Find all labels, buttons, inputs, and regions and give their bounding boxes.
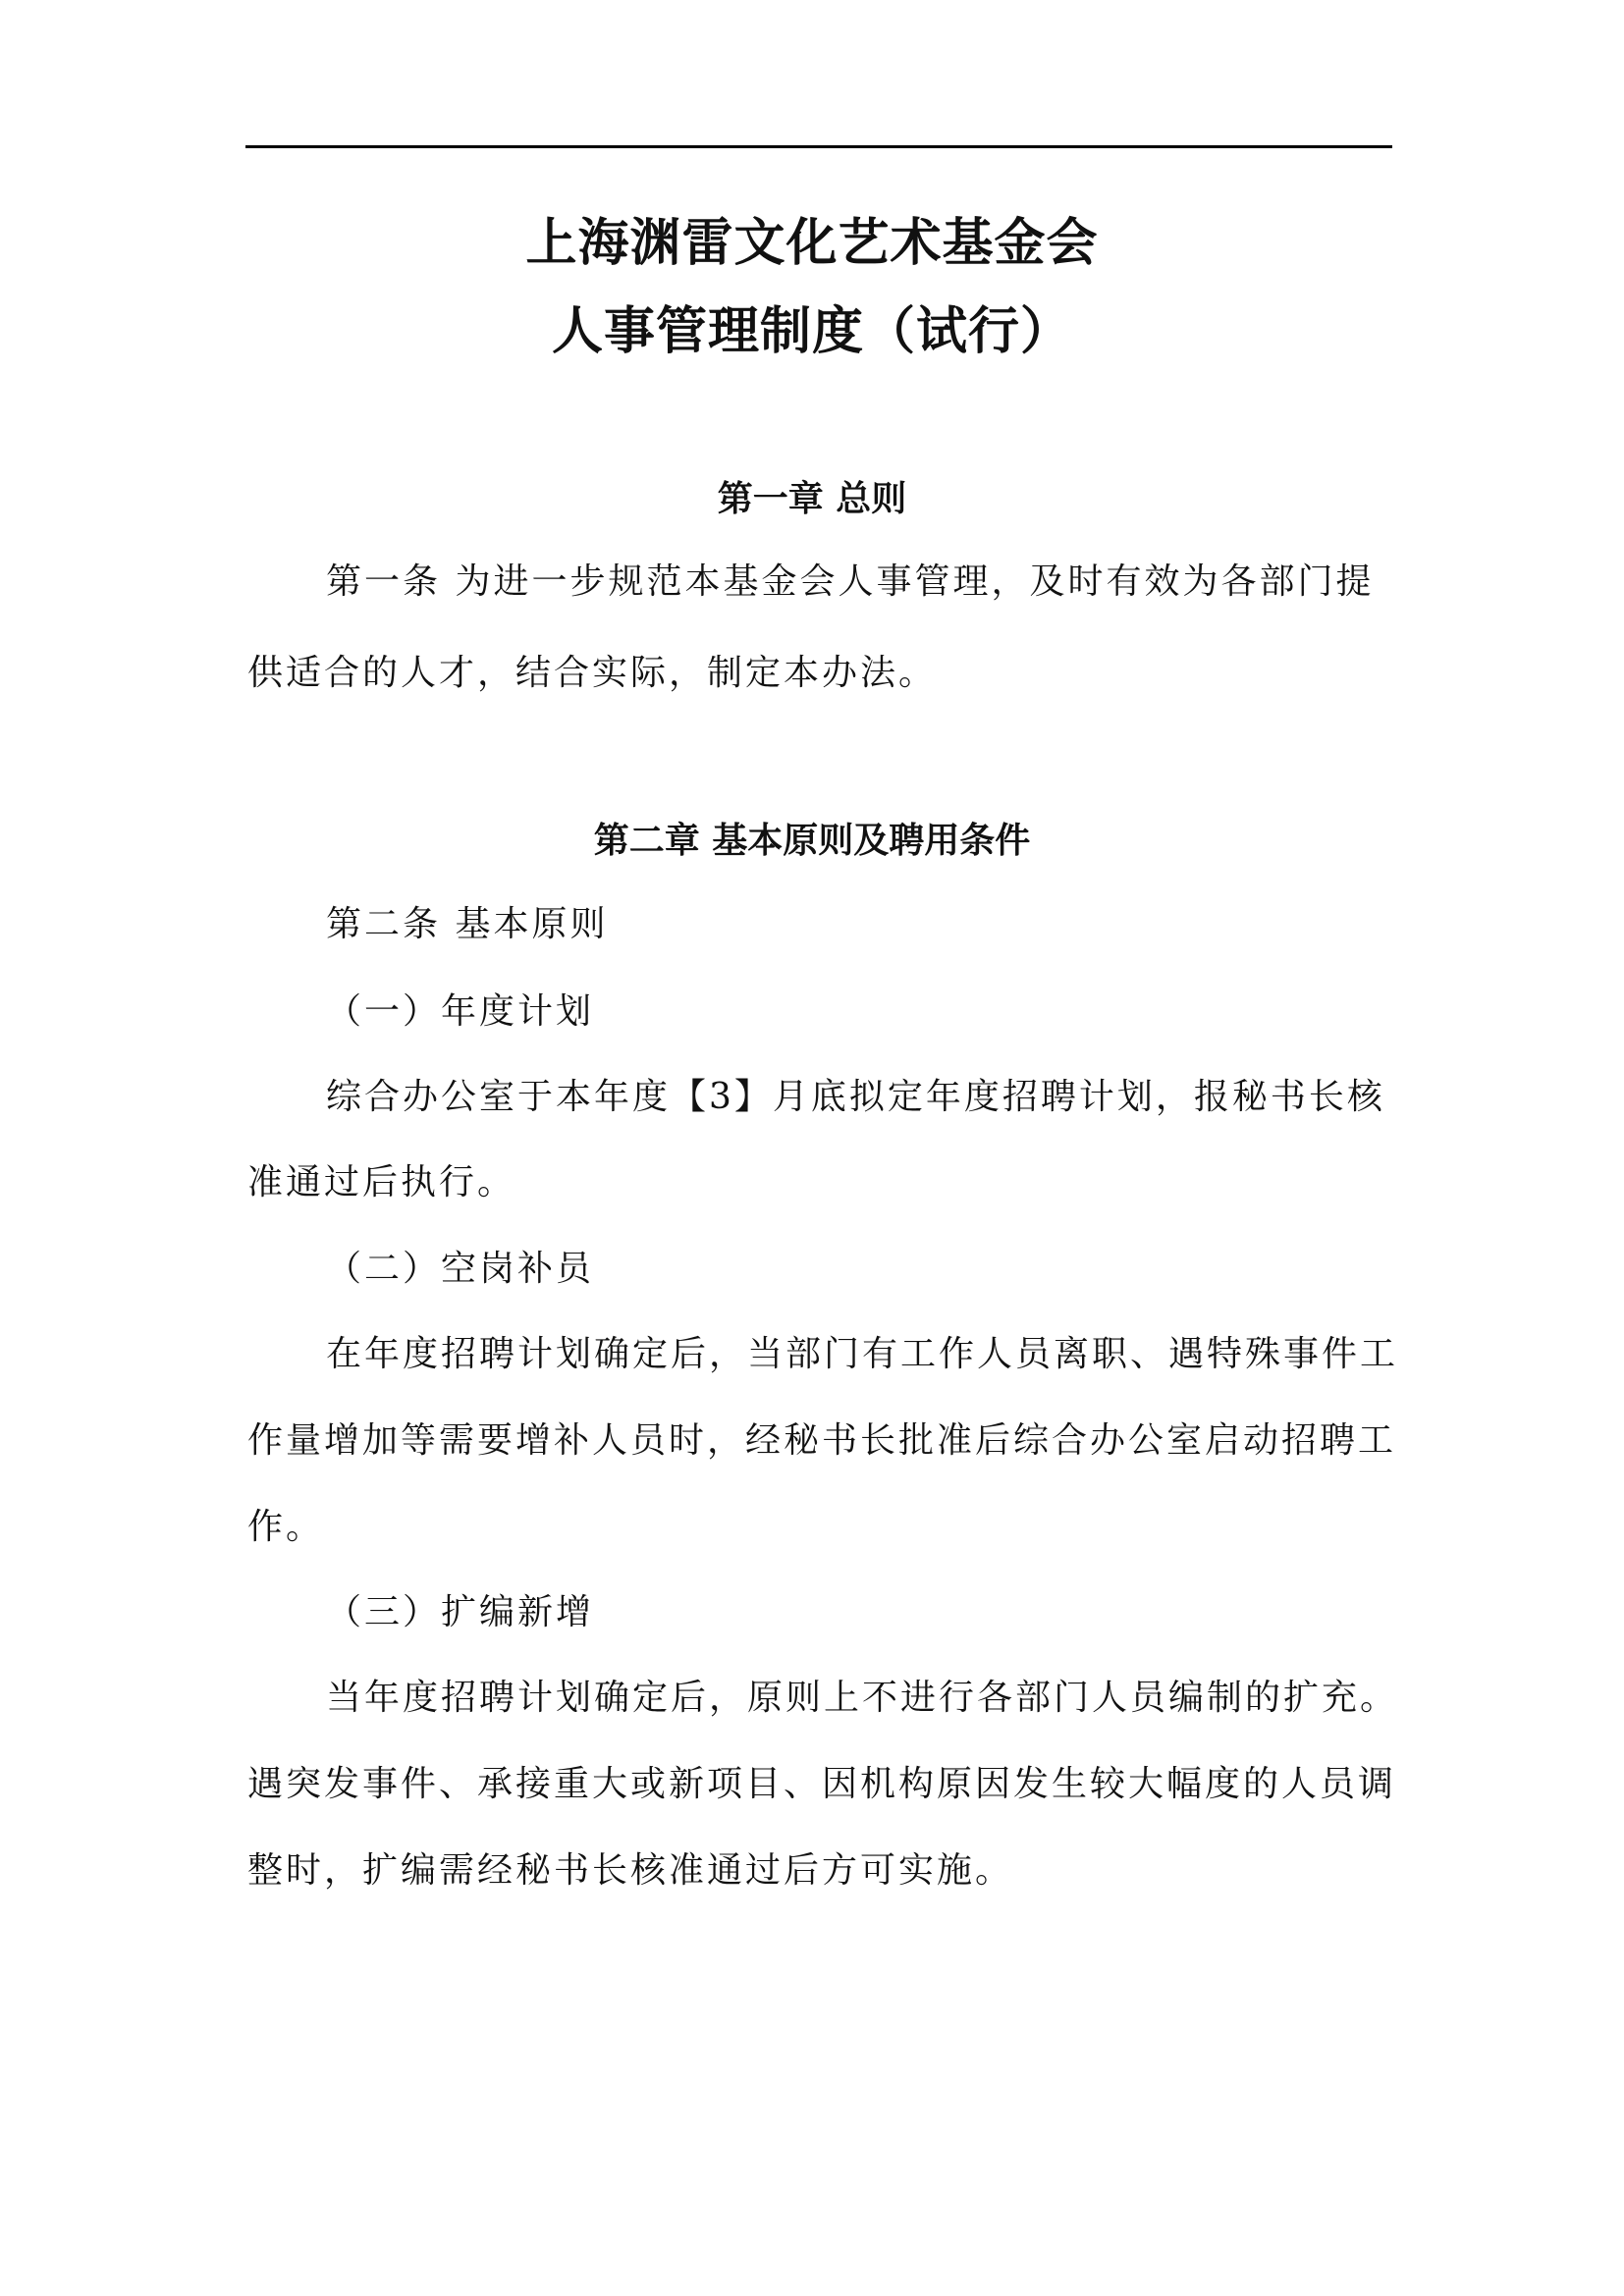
section3-line3: 整时，扩编需经秘书长核准通过后方可实施。 [247, 1853, 1013, 1889]
header-rule [245, 145, 1392, 148]
section3-heading: （三）扩编新增 [326, 1595, 594, 1630]
section2-line1: 在年度招聘计划确定后，当部门有工作人员离职、遇特殊事件工 [326, 1337, 1398, 1372]
document-title-line2: 人事管理制度（试行） [0, 306, 1624, 357]
section2-heading: （二）空岗补员 [326, 1252, 594, 1287]
section1-heading: （一）年度计划 [326, 994, 594, 1030]
document-title-line1: 上海渊雷文化艺术基金会 [0, 218, 1624, 269]
chapter1-heading: 第一章 总则 [0, 481, 1624, 516]
section3-line1: 当年度招聘计划确定后，原则上不进行各部门人员编制的扩充。 [326, 1681, 1398, 1716]
section1-line2: 准通过后执行。 [247, 1165, 515, 1201]
chapter2-heading: 第二章 基本原则及聘用条件 [0, 823, 1624, 858]
article1-line1: 第一条 为进一步规范本基金会人事管理，及时有效为各部门提 [326, 564, 1374, 600]
section1-line1: 综合办公室于本年度【3】月底拟定年度招聘计划，报秘书长核 [326, 1080, 1385, 1115]
section2-line2: 作量增加等需要增补人员时，经秘书长批准后综合办公室启动招聘工 [247, 1423, 1396, 1459]
article2-heading: 第二条 基本原则 [326, 907, 608, 942]
section2-line3: 作。 [247, 1510, 324, 1545]
article1-line2: 供适合的人才，结合实际，制定本办法。 [247, 656, 937, 691]
section3-line2: 遇突发事件、承接重大或新项目、因机构原因发生较大幅度的人员调 [247, 1767, 1396, 1802]
